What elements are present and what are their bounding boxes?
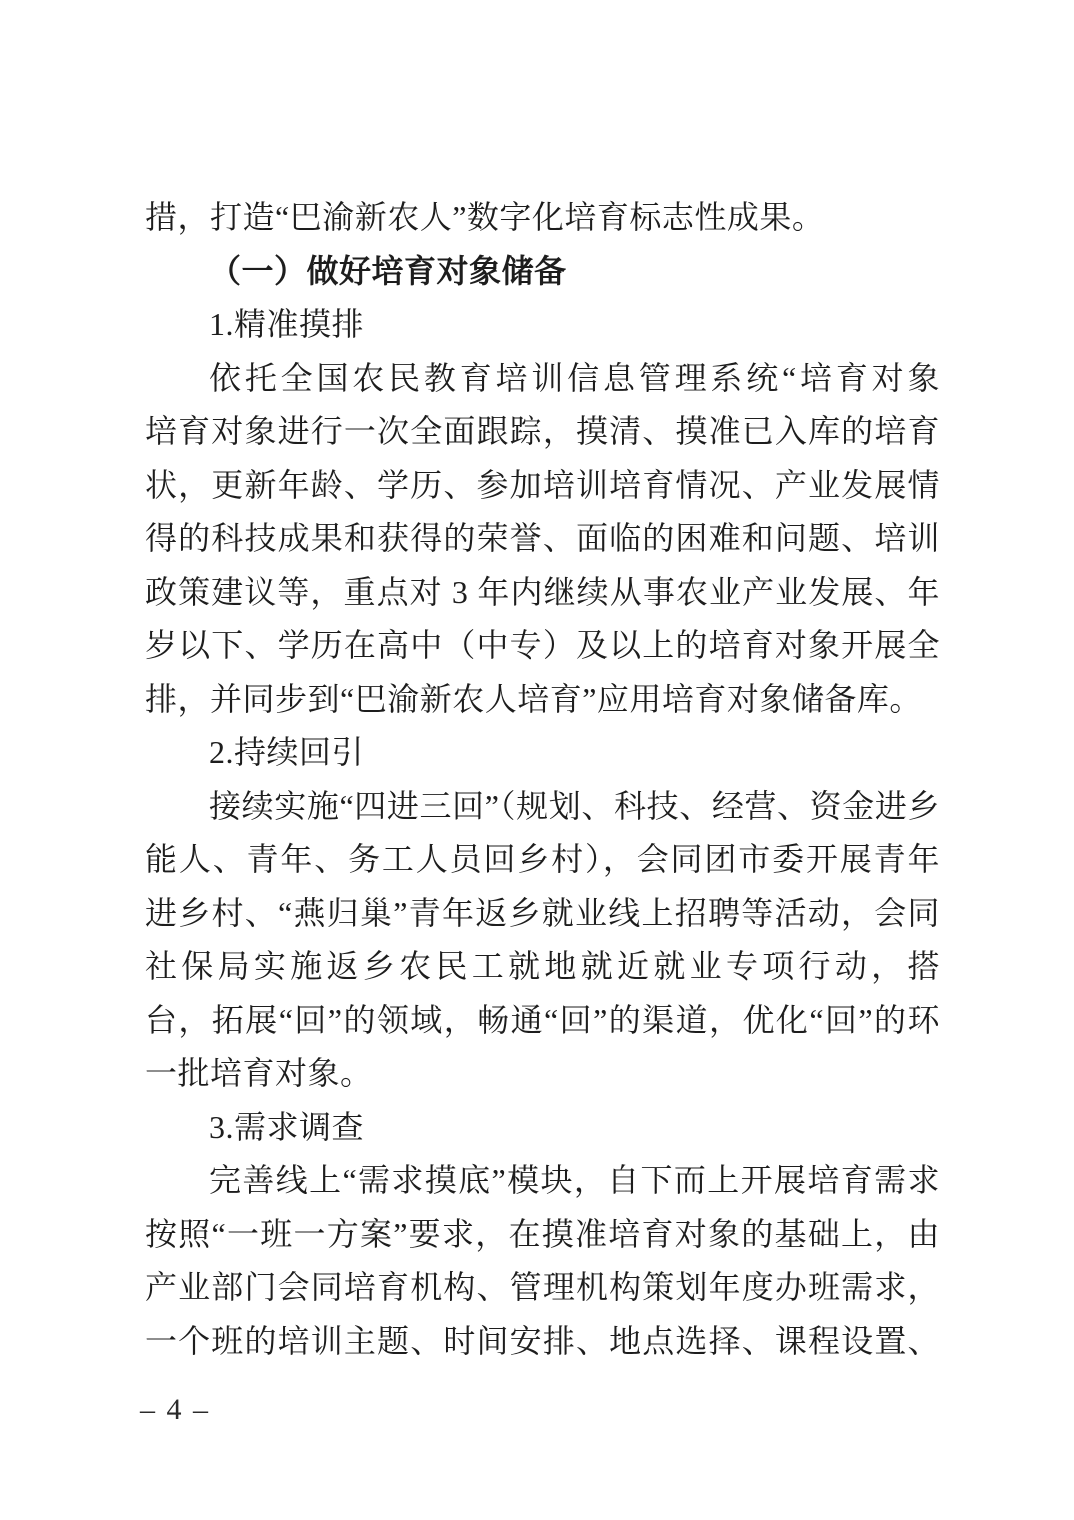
- subsection-2-paragraph-line: 一批培育对象。: [145, 1047, 940, 1101]
- subsection-2-paragraph-line: 台，拓展“回”的领域，畅通“回”的渠道，优化“回”的环境，储备: [145, 994, 940, 1048]
- subsection-3-paragraph-line: 按照“一班一方案”要求，在摸准培育对象的基础上，由行业或: [145, 1208, 940, 1262]
- subsection-3-heading: 3.需求调查: [145, 1101, 940, 1155]
- subsection-2-heading: 2.持续回引: [145, 726, 940, 780]
- subsection-1-heading: 1.精准摸排: [145, 298, 940, 352]
- document-page: 措，打造“巴渝新农人”数字化培育标志性成果。 （一）做好培育对象储备 1.精准摸…: [0, 0, 1074, 1520]
- intro-paragraph-tail-line: 措，打造“巴渝新农人”数字化培育标志性成果。: [145, 191, 940, 245]
- document-text-block: 措，打造“巴渝新农人”数字化培育标志性成果。 （一）做好培育对象储备 1.精准摸…: [145, 191, 940, 1368]
- subsection-3-paragraph-line: 完善线上“需求摸底”模块，自下而上开展培育需求调查，: [145, 1154, 940, 1208]
- subsection-1-paragraph-line: 政策建议等，重点对 3 年内继续从事农业产业发展、年龄在 45: [145, 566, 940, 620]
- subsection-1-paragraph-line: 得的科技成果和获得的荣誉、面临的困难和问题、培训需求、: [145, 512, 940, 566]
- subsection-2-paragraph-line: 接续实施“四进三回”（规划、科技、经营、资金进乡村，: [145, 780, 940, 834]
- subsection-2-paragraph-line: 进乡村、“燕归巢”青年返乡就业线上招聘等活动，会同市人力: [145, 887, 940, 941]
- subsection-1-paragraph-line: 状，更新年龄、学历、参加培训培育情况、产业发展情况、取: [145, 459, 940, 513]
- subsection-2-paragraph-line: 社保局实施返乡农民工就地就近就业专项行动，搭建“回”的平: [145, 940, 940, 994]
- subsection-1-paragraph-line: 培育对象进行一次全面跟踪，摸清、摸准已入库的培育对象现: [145, 405, 940, 459]
- subsection-3-paragraph-line: 产业部门会同培育机构、管理机构策划年度办班需求，明确每: [145, 1261, 940, 1315]
- section-1-heading: （一）做好培育对象储备: [145, 245, 940, 299]
- subsection-3-paragraph-line: 一个班的培训主题、时间安排、地点选择、课程设置、教学方: [145, 1315, 940, 1369]
- subsection-1-paragraph-line: 依托全国农民教育培训信息管理系统“培育对象库”，对已: [145, 352, 940, 406]
- subsection-1-paragraph-line: 排，并同步到“巴渝新农人培育”应用培育对象储备库。: [145, 673, 940, 727]
- subsection-2-paragraph-line: 能人、青年、务工人员回乡村），会同团市委开展青年大学生: [145, 833, 940, 887]
- subsection-1-paragraph-line: 岁以下、学历在高中（中专）及以上的培育对象开展全覆盖摸: [145, 619, 940, 673]
- footer-page-number: – 4 –: [140, 1392, 210, 1428]
